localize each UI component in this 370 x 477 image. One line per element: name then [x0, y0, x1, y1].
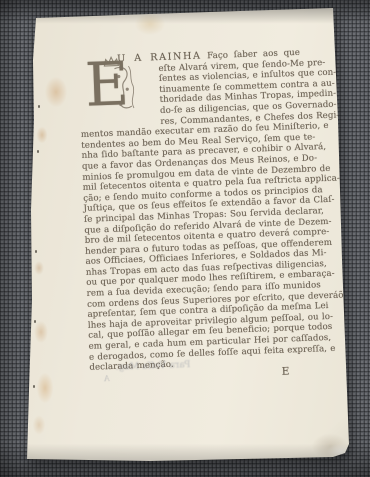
document-page: E U A RAINHA Faço ſaber aos que eſte Alv…	[0, 0, 370, 477]
gathering-signature-mark: E	[282, 366, 291, 377]
paper-speck	[33, 385, 35, 388]
photo-of-document: E U A RAINHA Faço ſaber aos que eſte Alv…	[0, 0, 370, 477]
drop-cap-initial: E	[84, 56, 136, 122]
verso-show-through-mark: A	[104, 374, 110, 385]
document-text: E U A RAINHA Faço ſaber aos que eſte Alv…	[78, 48, 311, 374]
paper-speck	[37, 150, 39, 153]
paper-speck	[34, 320, 36, 323]
paper-shadow-wrap: E U A RAINHA Faço ſaber aos que eſte Alv…	[0, 0, 370, 477]
paper-speck	[38, 105, 40, 108]
paper-speck	[35, 250, 37, 253]
verso-show-through-text: Para Voſſa Mag.	[115, 360, 190, 373]
foliage-ornament-icon	[110, 56, 136, 117]
body-lines: mentos mandão executar em razão do ſeu M…	[81, 122, 312, 374]
